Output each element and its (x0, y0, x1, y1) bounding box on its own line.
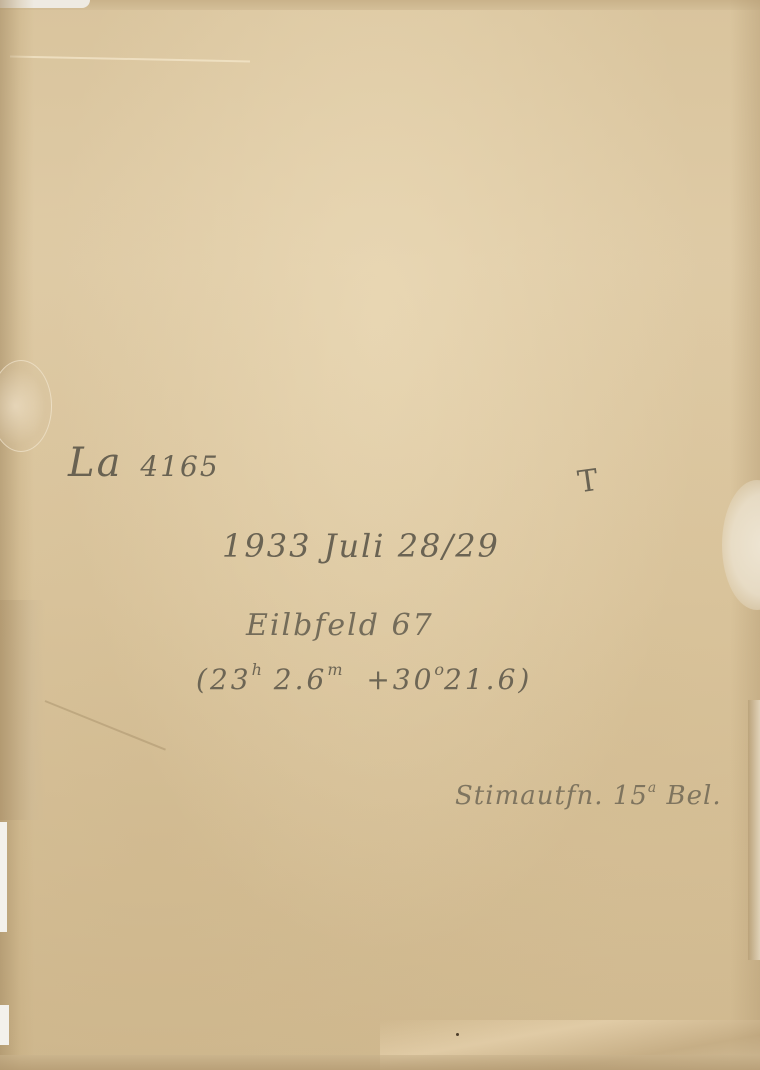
corner-mark: T (576, 463, 602, 501)
diagonal-crease (45, 700, 166, 751)
ra-hours-unit: h (252, 660, 262, 679)
top-edge (0, 0, 760, 10)
top-fold-crease (10, 55, 250, 62)
ra-minutes-unit: m (327, 660, 342, 679)
exposure-tail: Bel. (667, 781, 722, 811)
ink-speck (456, 1033, 459, 1036)
close-paren: ) (518, 663, 532, 696)
ra-minutes: 2.6 (274, 663, 328, 696)
catalog-number: 4165 (140, 450, 219, 483)
left-worn-patch (0, 600, 45, 820)
observer-reference: Eilbfeld 67 (246, 608, 434, 643)
catalog-designation: La4165 (68, 440, 220, 486)
right-edge-strip (748, 700, 760, 960)
bottom-edge (0, 1055, 760, 1070)
coordinates: (23h 2.6m +30o21.6) (196, 660, 532, 696)
exposure-count: 15 (613, 781, 648, 811)
right-paper-tear (722, 480, 760, 610)
left-edge-gap (0, 822, 7, 932)
exposure-note: Stimautfn. 15a Bel. (455, 780, 722, 811)
catalog-prefix: La (68, 440, 122, 486)
dec-minutes: 21.6 (444, 663, 518, 696)
dec-degrees: +30 (366, 663, 434, 696)
left-paper-blister (0, 360, 52, 452)
left-edge-gap-lower (0, 1005, 9, 1045)
observation-date: 1933 Juli 28/29 (222, 527, 500, 565)
exposure-count-suffix: a (648, 780, 657, 796)
exposure-text: Stimautfn. (455, 781, 604, 811)
envelope-page: La4165 T 1933 Juli 28/29 Eilbfeld 67 (23… (0, 0, 760, 1070)
open-paren: ( (196, 663, 210, 696)
dec-degrees-unit: o (434, 660, 444, 679)
ra-hours: 23 (210, 663, 252, 696)
